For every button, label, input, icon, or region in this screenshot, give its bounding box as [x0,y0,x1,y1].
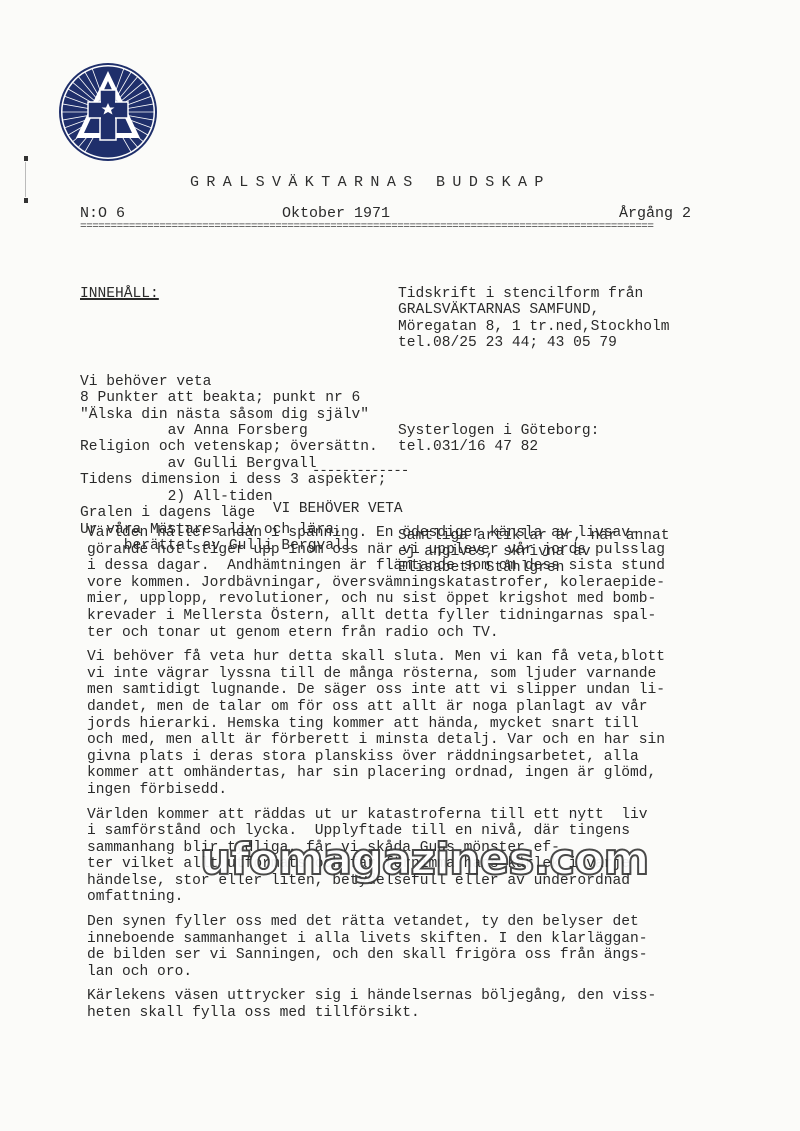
address-line: Tidskrift i stencilform från [398,286,670,302]
issue-number: N:O 6 [80,205,125,222]
volume-number: Årgång 2 [619,205,691,222]
binder-line [25,162,26,197]
issue-date: Oktober 1971 [282,205,390,222]
masthead-title: GRALSVÄKTARNAS BUDSKAP [190,174,551,191]
double-rule-separator: ========================================… [80,221,690,233]
toc-heading: INNEHÅLL: [80,286,387,302]
address-line: tel.08/25 23 44; 43 05 79 [398,335,670,351]
lodge-line: tel.031/16 47 82 [398,439,670,455]
article-title: VI BEHÖVER VETA [273,501,403,517]
publisher-address: Tidskrift i stencilform frånGRALSVÄKTARN… [398,286,670,352]
toc-item: 8 Punkter att beakta; punkt nr 6 [80,390,387,406]
article-paragraph: Den synen fyller oss med det rätta vetan… [87,914,727,980]
watermark: ufomagazines.com [200,838,648,882]
grail-emblem-icon [58,62,158,162]
binder-hole-mark [24,156,28,161]
address-line: Möregatan 8, 1 tr.ned,Stockholm [398,319,670,335]
section-divider: ------------- [312,463,408,479]
toc-item: "Älska din nästa såsom dig själv" [80,407,387,423]
lodge-line: Systerlogen i Göteborg: [398,423,670,439]
sister-lodge-info: Systerlogen i Göteborg:tel.031/16 47 82 [398,423,670,456]
article-paragraph: Kärlekens väsen uttrycker sig i händelse… [87,988,727,1021]
article-body: Världen håller andan i spänning. En ödes… [87,525,727,1030]
toc-item: Religion och vetenskap; översättn. [80,439,387,455]
toc-item: av Anna Forsberg [80,423,387,439]
article-paragraph: Världen håller andan i spänning. En ödes… [87,525,727,641]
binder-hole-mark [24,198,28,203]
article-paragraph: Vi behöver få veta hur detta skall sluta… [87,649,727,798]
document-page: GRALSVÄKTARNAS BUDSKAP N:O 6 Oktober 197… [0,0,800,1131]
address-line: GRALSVÄKTARNAS SAMFUND, [398,302,670,318]
toc-item: Vi behöver veta [80,374,387,390]
